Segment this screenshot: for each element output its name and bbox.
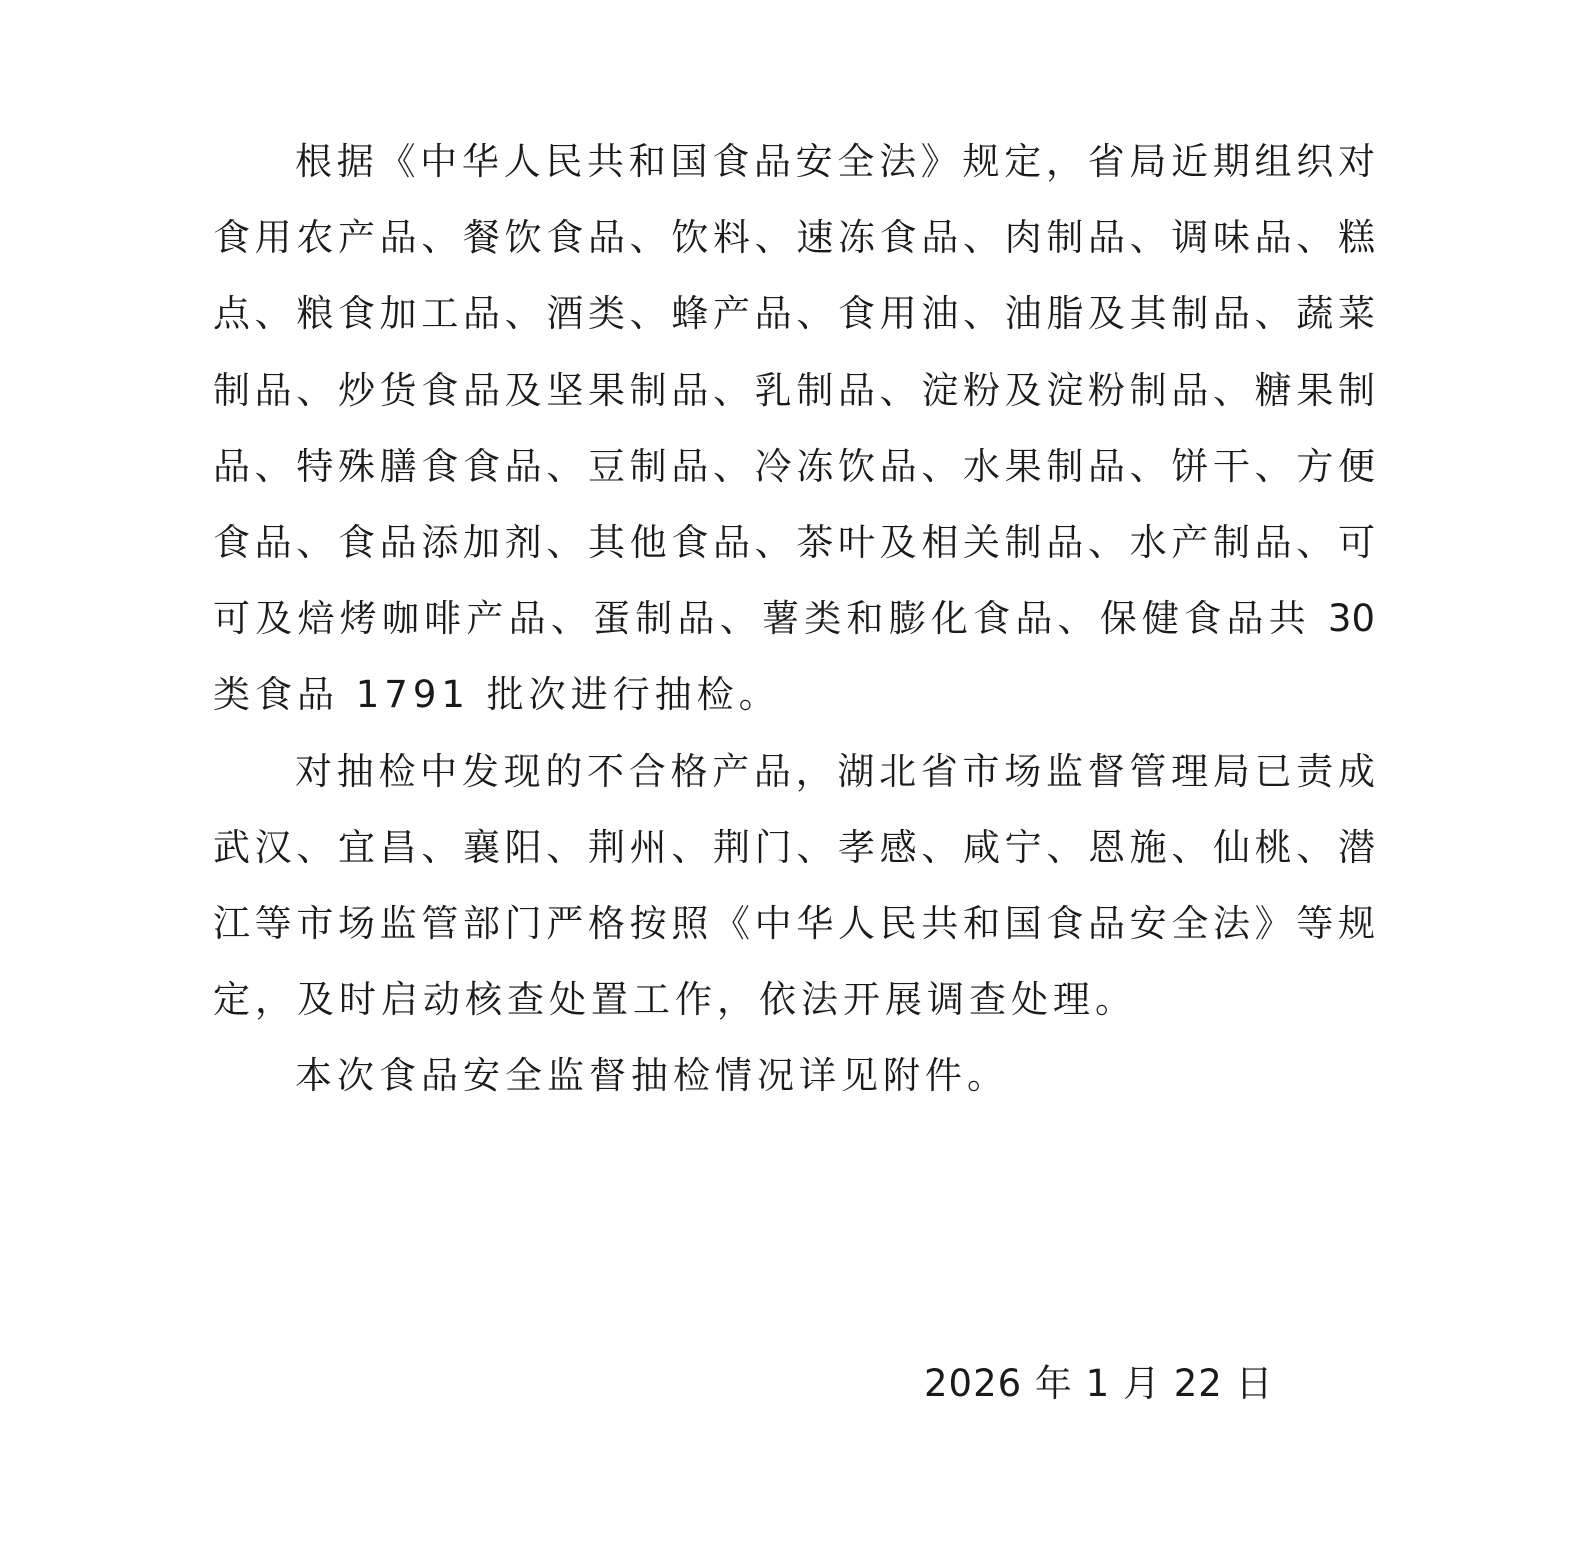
paragraph-2-line-1: 对抽检中发现的不合格产品，湖北省市场监督管理局已责成	[213, 744, 1375, 820]
paragraph-3-line-1: 本次食品安全监督抽检情况详见附件。	[213, 1048, 1375, 1124]
paragraph-1-line-1: 根据《中华人民共和国食品安全法》规定，省局近期组织对	[213, 134, 1375, 210]
paragraph-1-line-8: 类食品 1791 批次进行抽检。	[213, 667, 1375, 743]
paragraph-1-line-6: 食品、食品添加剂、其他食品、茶叶及相关制品、水产制品、可	[213, 515, 1375, 591]
paragraph-1-line-7: 可及焙烤咖啡产品、蛋制品、薯类和膨化食品、保健食品共 30	[213, 591, 1375, 667]
paragraph-1-line-2: 食用农产品、餐饮食品、饮料、速冻食品、肉制品、调味品、糕	[213, 210, 1375, 286]
paragraph-2-line-3: 江等市场监管部门严格按照《中华人民共和国食品安全法》等规	[213, 896, 1375, 972]
paragraph-2-line-4: 定，及时启动核查处置工作，依法开展调查处理。	[213, 972, 1375, 1048]
document-page: 根据《中华人民共和国食品安全法》规定，省局近期组织对 食用农产品、餐饮食品、饮料…	[0, 0, 1587, 1561]
paragraph-2-line-2: 武汉、宜昌、襄阳、荆州、荆门、孝感、咸宁、恩施、仙桃、潜	[213, 820, 1375, 896]
paragraph-1-line-4: 制品、炒货食品及坚果制品、乳制品、淀粉及淀粉制品、糖果制	[213, 363, 1375, 439]
paragraph-1-line-3: 点、粮食加工品、酒类、蜂产品、食用油、油脂及其制品、蔬菜	[213, 286, 1375, 362]
document-body: 根据《中华人民共和国食品安全法》规定，省局近期组织对 食用农产品、餐饮食品、饮料…	[213, 134, 1375, 1124]
document-date: 2026 年 1 月 22 日	[924, 1356, 1274, 1412]
paragraph-1-line-5: 品、特殊膳食食品、豆制品、冷冻饮品、水果制品、饼干、方便	[213, 439, 1375, 515]
